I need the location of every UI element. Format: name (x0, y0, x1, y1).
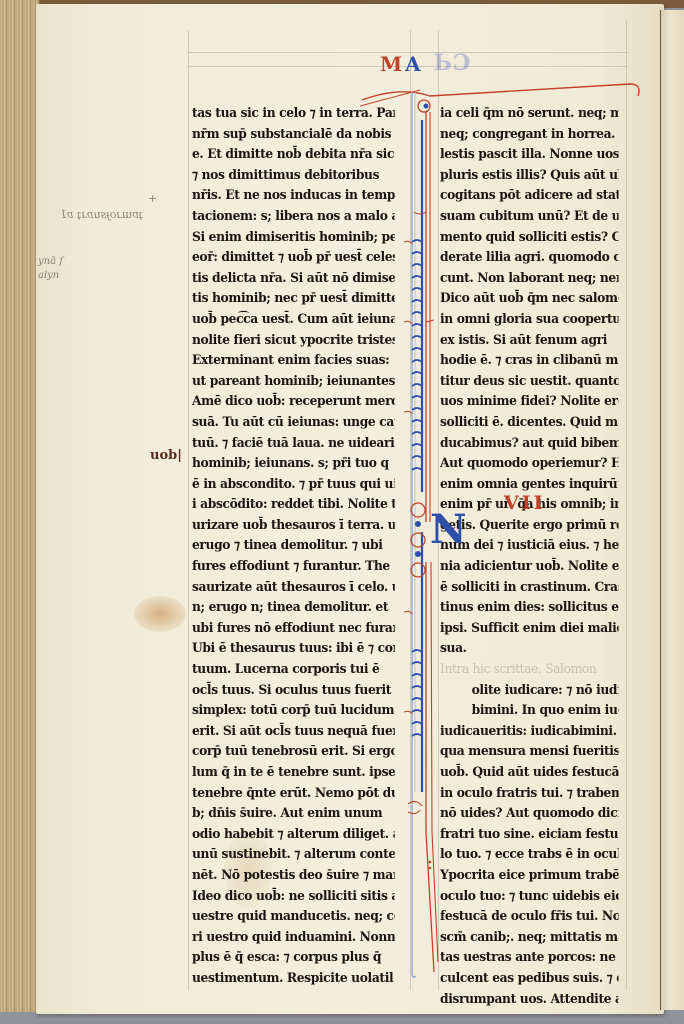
text-line: Amē dico uob̄: receperunt mercedē (192, 392, 395, 413)
text-line: iudicaueritis: iudicabimini. ⁊ i (440, 722, 619, 743)
text-line: erit. Si aūt ocl̄s tuus nequā fuerit tot… (192, 722, 395, 743)
cross-mark: + (148, 192, 157, 205)
text-line: uestimentum. Respicite uolatil (192, 969, 395, 990)
text-line: tacionem: s; libera nos a malo am̄. (192, 207, 395, 228)
text-line: corp̄ tuū tenebrosū erit. Si ergo (192, 742, 395, 763)
water-stain (134, 596, 186, 632)
text-line: titur deus sic uestit. quanto magis (440, 372, 619, 393)
text-line: nr̄m sup̄ substancialē da nobis hodi (192, 125, 395, 146)
decorated-initial-n: N (430, 510, 474, 550)
text-line: fures effodiunt ⁊ furantur. The (192, 557, 395, 578)
text-line: oculo tuo: ⁊ tunc uidebis eicere (440, 887, 619, 908)
chapter-number: VII (504, 492, 546, 514)
text-line: ubi fures nō effodiunt nec furantur. (192, 619, 395, 640)
text-line: lum q̄ in te ē tenebre sunt. ipse (192, 763, 395, 784)
text-line: lo tuo. ⁊ ecce trabs ē in oculo tuo? (440, 845, 619, 866)
text-line: derate lilia agri. quomodo cres (440, 248, 619, 269)
text-line: unū sustinebit. ⁊ alterum contemp (192, 845, 395, 866)
right-text-column: ia celi q̄m nō serunt. neq; metūtneq; co… (440, 104, 632, 1010)
text-line: in omni gloria sua coopertus ē sicut (440, 310, 619, 331)
text-line: tas uestras ante porcos: ne forte con (440, 948, 619, 969)
text-line: urizare uob̄ thesauros ī terra. ubi (192, 516, 395, 537)
text-line: in oculo fratris tui. ⁊ trabem in oculo … (440, 784, 619, 805)
text-line: ocl̄s tuus. Si oculus tuus fuerit (192, 681, 395, 702)
running-header-red-letter: M (380, 52, 403, 76)
text-line: ia celi q̄m nō serunt. neq; metūt (440, 104, 619, 125)
text-line: e. Et dimitte nob̄ debita nr̄a sic (192, 145, 395, 166)
text-line: ipsi. Sufficit enim diei malicia (440, 619, 619, 640)
marginal-note-nob: uob| (150, 448, 182, 463)
text-line: fratri tuo sine. eiciam festucam de ocu (440, 825, 619, 846)
text-line: pluris estis illis? Quis aūt uīm (440, 166, 619, 187)
text-line: tuū. ⁊ faciē tuā laua. ne uidearis (192, 434, 395, 455)
text-line: cogitans pōt adicere ad staturā (440, 186, 619, 207)
text-line: uob̄. Quid aūt uides festucā (440, 763, 619, 784)
running-header-blue-letter: A (405, 52, 422, 76)
left-text-column: tas tua sic in celo ⁊ in terra. Panēnr̄m… (192, 104, 410, 990)
text-line: uos minime fidei? Nolite ergo (440, 392, 619, 413)
text-line: Ubi ē thesaurus tuus: ibi ē ⁊ cor (192, 639, 395, 660)
chapter-number-text: VII (504, 492, 546, 514)
adjacent-leaf-edge (660, 10, 684, 1010)
text-line: ē in abscondito. ⁊ pr̄ tuus qui uid; (192, 475, 395, 496)
text-line: uestre quid manducetis. neq; corpo (192, 907, 395, 928)
text-line: plus ē q̄ esca: ⁊ corpus plus q̄ (192, 948, 395, 969)
text-line: disrumpant uos. Attendite a (440, 990, 619, 1011)
text-line: festucā de oculo fr̄is tui. Nolite dare (440, 907, 619, 928)
text-line: Ideo dico uob̄: ne solliciti sitis aīe (192, 887, 395, 908)
text-line: erugo ⁊ tinea demolitur. ⁊ ubi (192, 536, 395, 557)
text-line: eor̄: dimittet ⁊ uob̄ pr̄ uest̄ celes (192, 248, 395, 269)
text-line: cunt. Non laborant neq; nent. (440, 269, 619, 290)
text-line: hodie ē. ⁊ cras in clibanū mit (440, 351, 619, 372)
text-line: uob̄ pec͡ca uest̄. Cum aūt ieiunatis. (192, 310, 395, 331)
text-line: nō uides? Aut quomodo dicis (440, 804, 619, 825)
manuscript-scene: M A ЬƆ ʇɐɯɹoɟsuɐɹʇ ɐ1 + ynā ſ alyn uob| … (0, 0, 684, 1024)
text-line: hominib; ieiunans. s; pr̄i tuo q (192, 454, 395, 475)
edge-note-1: ynā ſ (38, 256, 63, 267)
text-line: tas tua sic in celo ⁊ in terra. Panē (192, 104, 395, 125)
text-line: neq; congregant in horrea. ⁊ pr̄ ur̄ ce (440, 125, 619, 146)
text-line: tinus enim dies: sollicitus erit sibi (440, 598, 619, 619)
text-line: suā. Tu aūt cū ieiunas: unge capi (192, 413, 395, 434)
text-line: tuum. Lucerna corporis tui ē (192, 660, 395, 681)
text-line: ex istis. Si aūt fenum agri (440, 331, 619, 352)
text-line: suam cubitum unū? Et de uesti (440, 207, 619, 228)
text-line: culcent eas pedibus suis. ⁊ cōuersi (440, 969, 619, 990)
text-line: ri uestro quid induamini. Nonne aīa (192, 928, 395, 949)
text-line: Exterminant enim facies suas: (192, 351, 395, 372)
text-line: olite iudicare: ⁊ nō iudica (440, 681, 619, 702)
text-line: solliciti ē. dicentes. Quid man (440, 413, 619, 434)
text-line: simplex: totū corp̄ tuū lucidum (192, 701, 395, 722)
text-line: qua mensura mensi fueritis: remecietur (440, 742, 619, 763)
text-line: tis hominib; nec pr̄ uest̄ dimittet (192, 289, 395, 310)
text-line: ⁊ nos dimittimus debitoribus (192, 166, 395, 187)
text-line: n; erugo n; tinea demolitur. et (192, 598, 395, 619)
text-line: bimini. In quo enim iudicio (440, 701, 619, 722)
text-line: odio habebit ⁊ alterum diliget. aut (192, 825, 395, 846)
text-line: i abscōdito: reddet tibi. Nolite thesa (192, 495, 395, 516)
text-line: b; dn̄is s̄uire. Aut enim unum (192, 804, 395, 825)
text-line: tenebre q̄nte erūt. Nemo pōt duo (192, 784, 395, 805)
text-line: tis delicta nr̄a. Si aūt nō dimiseri (192, 269, 395, 290)
text-line: scm̄ canib;. neq; mittatis margari (440, 928, 619, 949)
text-line: Dico aūt uob̄ q̄m nec salomon (440, 289, 619, 310)
running-header-showthrough: ЬƆ (434, 50, 472, 76)
text-line: Si enim dimiseritis hominib; pec͡ca (192, 228, 395, 249)
showthrough-line: Intra hic scrittae. Salomon (440, 660, 619, 681)
text-line: Ypocrita eice primum trabē de (440, 866, 619, 887)
text-line: lestis pascit illa. Nonne uos magis (440, 145, 619, 166)
text-line: ē solliciti in crastinum. Cras (440, 578, 619, 599)
text-line: sua. (440, 639, 619, 660)
text-line: ducabimus? aut quid bibemus? (440, 434, 619, 455)
text-line: nēt. Nō potestis deo s̄uire ⁊ mammone. (192, 866, 395, 887)
text-line: nolite fieri sicut ypocrite tristes. (192, 331, 395, 352)
text-line: nr̄is. Et ne nos inducas in temp (192, 186, 395, 207)
edge-note-2: alyn (38, 270, 59, 281)
ruling-line (188, 30, 189, 990)
text-line: ut pareant hominib; ieiunantes. (192, 372, 395, 393)
text-line: mento quid solliciti estis? Consi (440, 228, 619, 249)
running-header: M A ЬƆ (380, 46, 471, 76)
text-line: nia adicientur uob̄. Nolite ergo (440, 557, 619, 578)
text-line: Aut quomodo operiemur? Hec (440, 454, 619, 475)
stacked-leaves-edge (0, 0, 40, 1012)
mirrored-marginal-note: ʇɐɯɹoɟsuɐɹʇ ɐ1 (60, 208, 143, 221)
text-line: saurizate aūt thesauros ī celo. ubi (192, 578, 395, 599)
